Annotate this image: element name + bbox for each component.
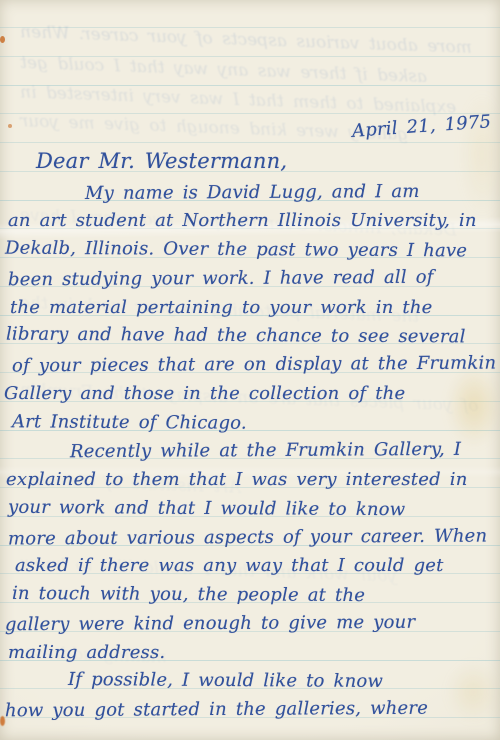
letter-line: an art student at Northern Illinois Univ… [8,212,477,230]
letter-date: April 21, 1975 [352,113,492,141]
letter-line: Recently while at the Frumkin Gallery, I [70,441,461,461]
letter-line: Gallery and those in the collection of t… [4,385,405,403]
letter-line: of your pieces that are on display at th… [12,355,496,376]
letter-line: your work and that I would like to know [8,499,405,519]
letter-line: in touch with you, the people at the [12,585,365,605]
rust-speck [8,124,12,128]
ruled-line [0,85,500,86]
ruled-line [0,113,500,114]
letter-salutation: Dear Mr. Westermann, [36,151,287,172]
rust-speck [0,36,5,43]
letter-line: Art Institute of Chicago. [12,413,247,432]
ruled-line [0,56,500,57]
bleedthrough-line: asked if there was any way that I could … [20,53,428,87]
letter-line: more about various aspects of your caree… [8,527,487,548]
paper-stain [438,652,500,732]
ruled-line [0,142,500,143]
letter-line: If possible, I would like to know [68,671,383,691]
letter-line: been studying your work. I have read all… [8,268,434,289]
letter-line: mailing address. [8,644,165,662]
bleedthrough-line: gallery were kind enough to give me your [20,111,409,145]
letter-line: the material pertaining to your work in … [10,299,433,317]
letter-line: My name is David Lugg, and I am [85,182,420,202]
letter-line: how you got started in the galleries, wh… [5,700,428,721]
letter-line: explained to them that I was very intere… [6,471,468,489]
letter-line: Dekalb, Illinois. Over the past two year… [5,240,467,261]
letter-page: more about various aspects of your caree… [0,0,500,740]
ruled-line [0,27,500,28]
letter-line: gallery were kind enough to give me your [5,614,415,635]
letter-line: library and have had the chance to see s… [6,326,466,347]
letter-line: asked if there was any way that I could … [15,557,444,575]
